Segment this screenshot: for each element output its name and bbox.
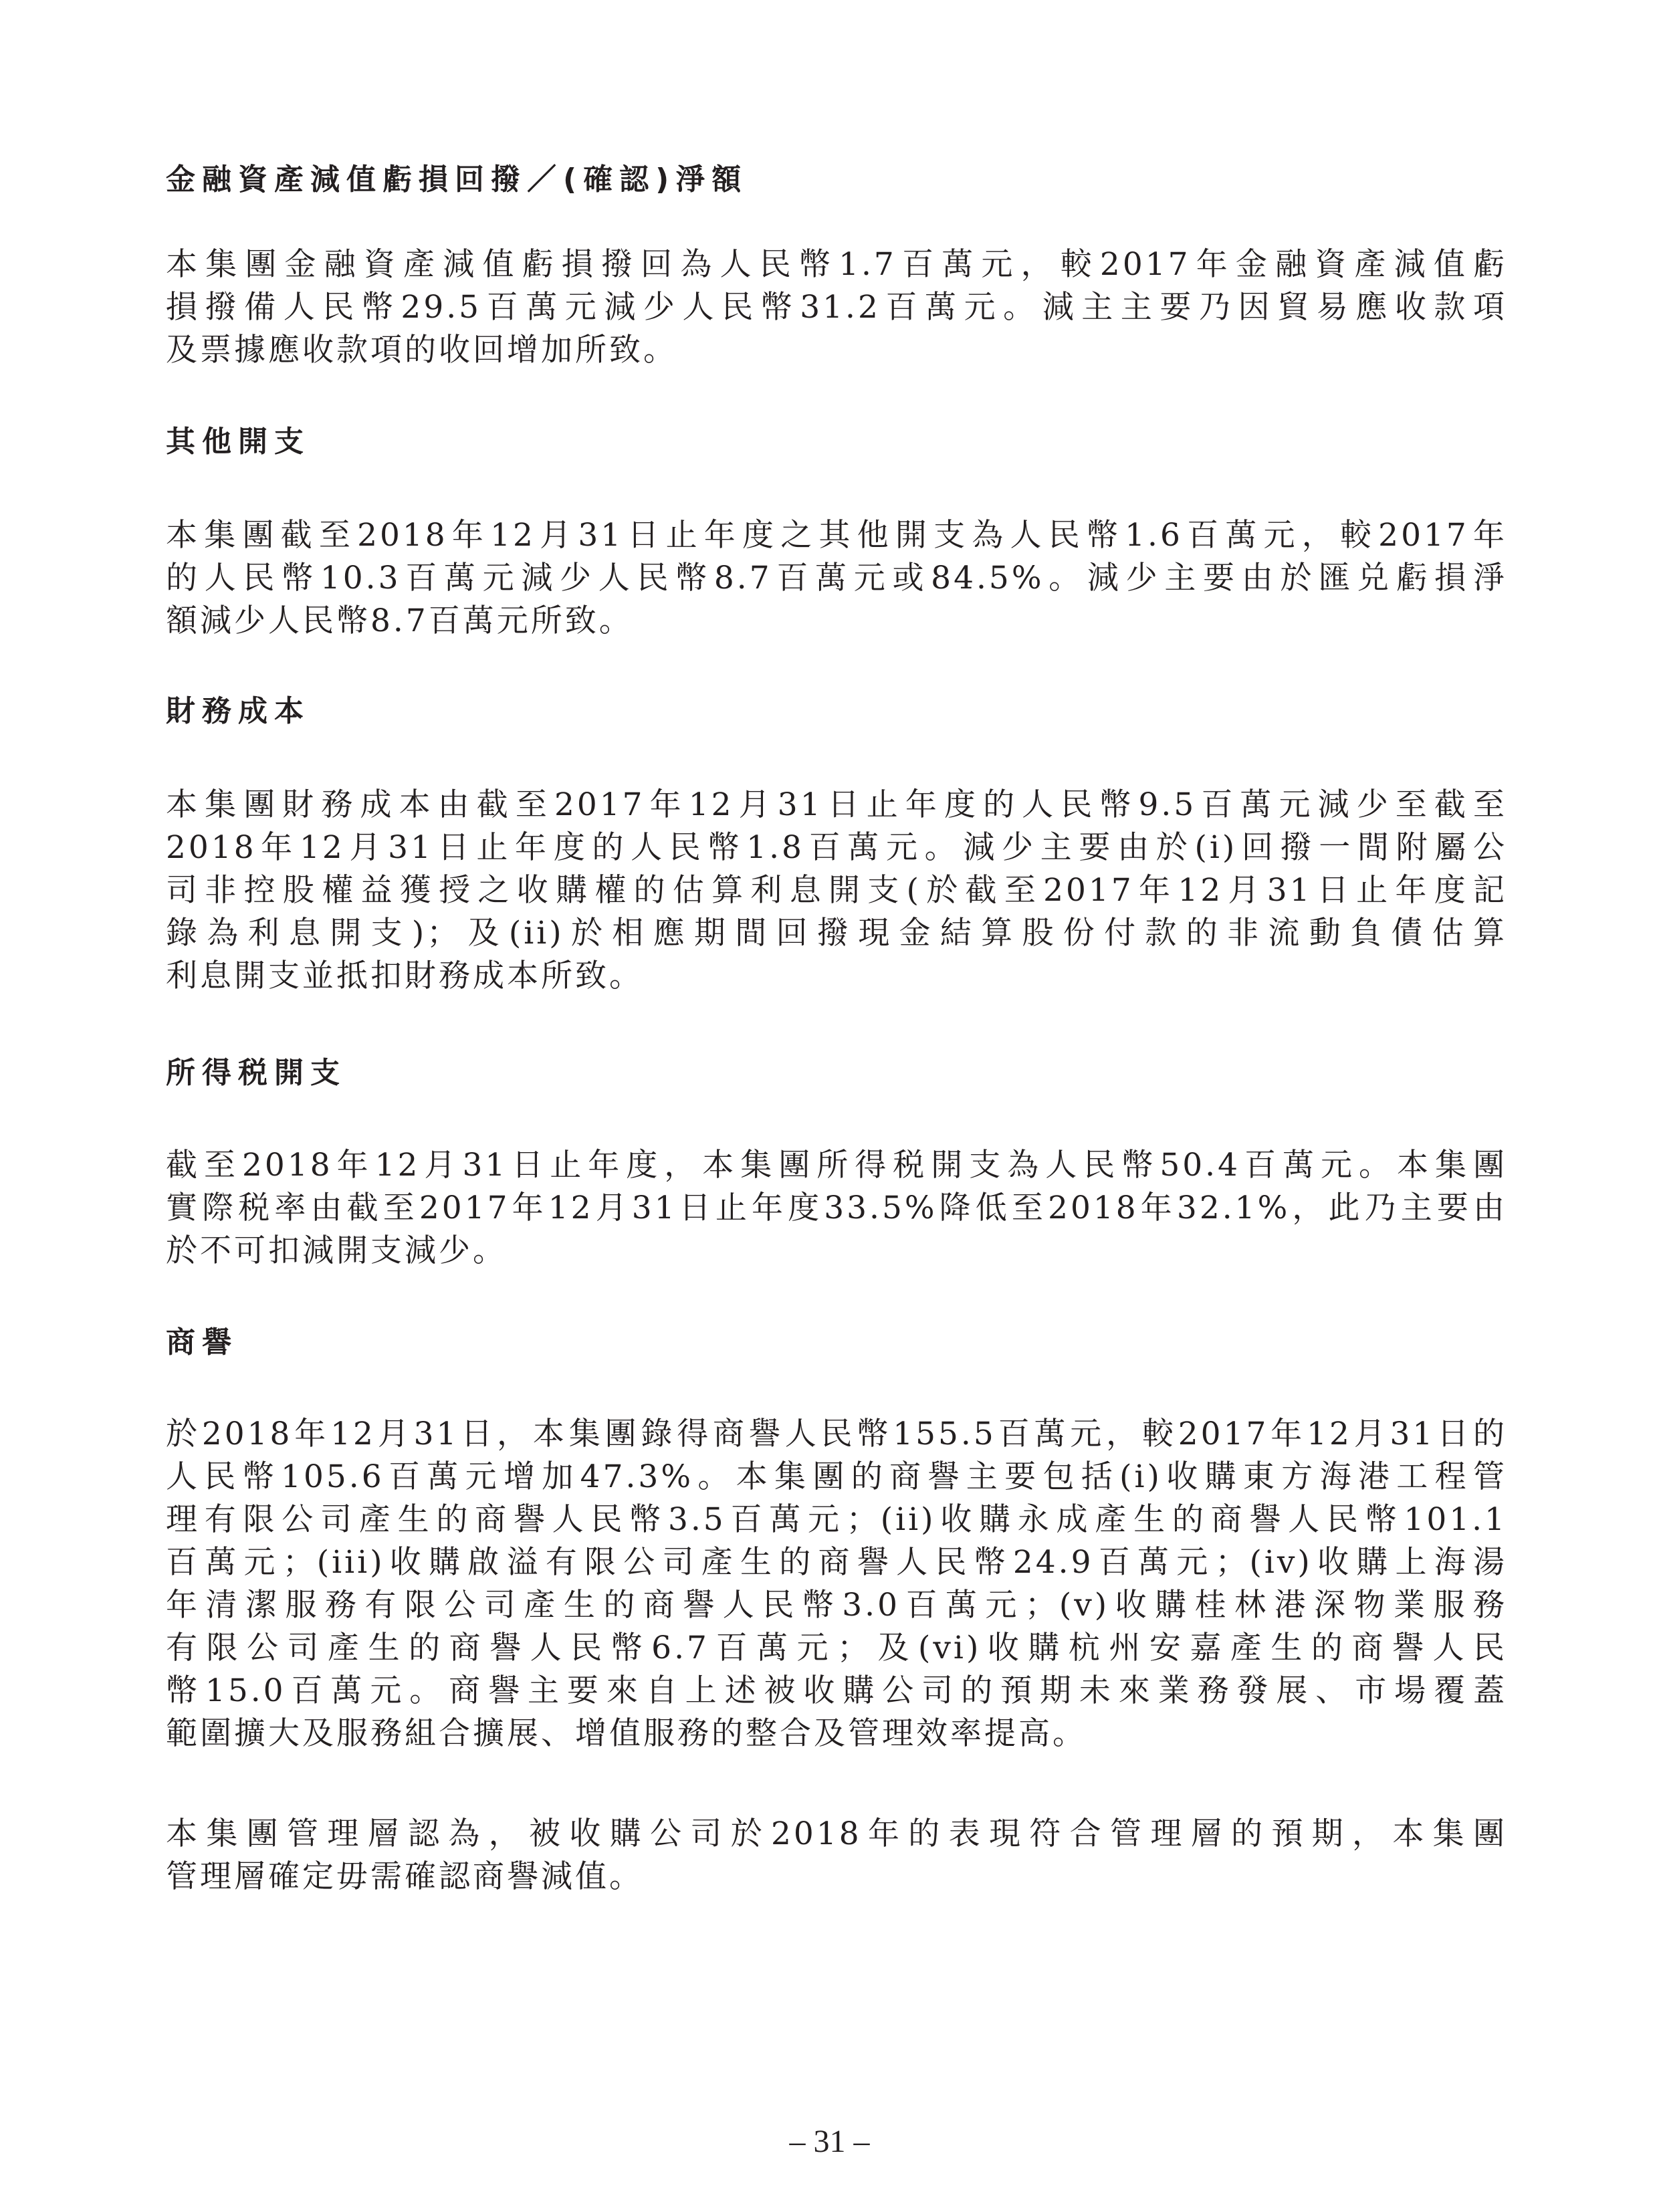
paragraph-impairment: 本集團金融資產減值虧損撥回為人民幣1.7百萬元，較2017年金融資產減值虧 損撥… [166, 243, 1507, 372]
text-line: 人民幣105.6百萬元增加47.3%。本集團的商譽主要包括(i)收購東方海港工程… [166, 1456, 1507, 1499]
text-line: 百萬元；(iii)收購啟溢有限公司產生的商譽人民幣24.9百萬元；(iv)收購上… [166, 1541, 1507, 1584]
paragraph-other-expenses: 本集團截至2018年12月31日止年度之其他開支為人民幣1.6百萬元，較2017… [166, 514, 1507, 643]
text-line: 理有限公司產生的商譽人民幣3.5百萬元；(ii)收購永成產生的商譽人民幣101.… [166, 1499, 1507, 1541]
section-heading-other-expenses: 其他開支 [166, 423, 310, 461]
text-line: 幣15.0百萬元。商譽主要來自上述被收購公司的預期未來業務發展、市場覆蓋 [166, 1670, 1507, 1712]
page-number: – 31 – [0, 2123, 1659, 2160]
section-heading-income-tax: 所得税開支 [166, 1055, 346, 1092]
section-heading-goodwill: 商譽 [166, 1324, 238, 1361]
text-line: 損撥備人民幣29.5百萬元減少人民幣31.2百萬元。減主主要乃因貿易應收款項 [166, 286, 1507, 329]
text-line: 本集團管理層認為，被收購公司於2018年的表現符合管理層的預期，本集團 [166, 1813, 1507, 1856]
text-line: 本集團金融資產減值虧損撥回為人民幣1.7百萬元，較2017年金融資產減值虧 [166, 243, 1507, 286]
text-line: 於不可扣減開支減少。 [166, 1230, 1507, 1273]
text-line: 實際税率由截至2017年12月31日止年度33.5%降低至2018年32.1%，… [166, 1187, 1507, 1230]
text-line: 於2018年12月31日，本集團錄得商譽人民幣155.5百萬元，較2017年12… [166, 1413, 1507, 1456]
paragraph-goodwill: 於2018年12月31日，本集團錄得商譽人民幣155.5百萬元，較2017年12… [166, 1413, 1507, 1755]
text-line: 利息開支並抵扣財務成本所致。 [166, 955, 1507, 998]
text-line: 2018年12月31日止年度的人民幣1.8百萬元。減少主要由於(i)回撥一間附屬… [166, 826, 1507, 869]
section-heading-impairment: 金融資產減值虧損回撥／(確認)淨額 [166, 161, 748, 199]
section-heading-finance-costs: 財務成本 [166, 693, 310, 730]
text-line: 有限公司產生的商譽人民幣6.7百萬元；及(vi)收購杭州安嘉產生的商譽人民 [166, 1627, 1507, 1670]
text-line: 本集團財務成本由截至2017年12月31日止年度的人民幣9.5百萬元減少至截至 [166, 784, 1507, 826]
paragraph-income-tax: 截至2018年12月31日止年度，本集團所得税開支為人民幣50.4百萬元。本集團… [166, 1144, 1507, 1273]
text-line: 的人民幣10.3百萬元減少人民幣8.7百萬元或84.5%。減少主要由於匯兑虧損淨 [166, 557, 1507, 600]
text-line: 截至2018年12月31日止年度，本集團所得税開支為人民幣50.4百萬元。本集團 [166, 1144, 1507, 1187]
text-line: 管理層確定毋需確認商譽減值。 [166, 1856, 1507, 1898]
text-line: 錄為利息開支)；及(ii)於相應期間回撥現金結算股份付款的非流動負債估算 [166, 912, 1507, 955]
text-line: 年清潔服務有限公司產生的商譽人民幣3.0百萬元；(v)收購桂林港深物業服務 [166, 1584, 1507, 1627]
text-line: 範圍擴大及服務組合擴展、增值服務的整合及管理效率提高。 [166, 1712, 1507, 1755]
text-line: 額減少人民幣8.7百萬元所致。 [166, 600, 1507, 643]
text-line: 本集團截至2018年12月31日止年度之其他開支為人民幣1.6百萬元，較2017… [166, 514, 1507, 557]
text-line: 及票據應收款項的收回增加所致。 [166, 329, 1507, 372]
paragraph-goodwill-impairment: 本集團管理層認為，被收購公司於2018年的表現符合管理層的預期，本集團 管理層確… [166, 1813, 1507, 1898]
paragraph-finance-costs: 本集團財務成本由截至2017年12月31日止年度的人民幣9.5百萬元減少至截至 … [166, 784, 1507, 998]
text-line: 司非控股權益獲授之收購權的估算利息開支(於截至2017年12月31日止年度記 [166, 869, 1507, 912]
